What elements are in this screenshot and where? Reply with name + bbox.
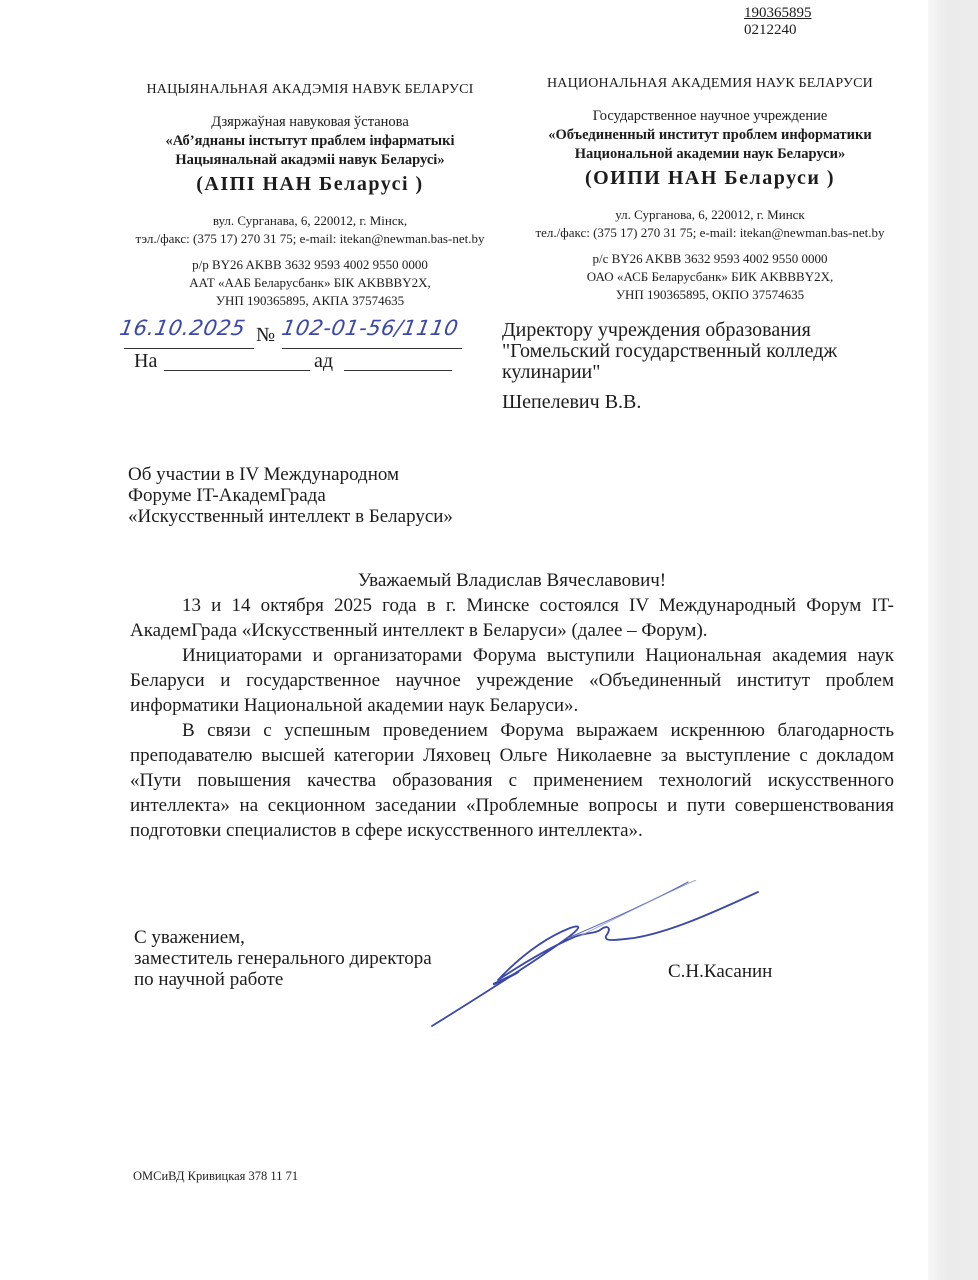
contacts-by: тэл./факс: (375 17) 270 31 75; e-mail: i… xyxy=(100,230,520,248)
addressee-line2: "Гомельский государственный колледж xyxy=(502,341,902,362)
unp-code: 190365895 xyxy=(744,5,812,22)
academy-name-ru: НАЦИОНАЛЬНАЯ АКАДЕМИЯ НАУК БЕЛАРУСИ xyxy=(500,74,920,93)
institution-abbr-by: (АІПІ НАН Беларусі ) xyxy=(100,172,520,196)
subject-line2: Форуме IT-АкадемГрада xyxy=(128,485,548,506)
letter-page: 190365895 0212240 НАЦЫЯНАЛЬНАЯ АКАДЭМІЯ … xyxy=(0,0,928,1280)
subject-line3: «Искусственный интеллект в Беларуси» xyxy=(128,506,548,527)
salutation: Уважаемый Владислав Вячеславович! xyxy=(130,568,894,593)
institution-type-by: Дзяржаўная навуковая ўстанова xyxy=(100,113,520,132)
date-underline xyxy=(124,348,254,349)
subject-line1: Об участии в IV Международном xyxy=(128,464,548,485)
signature-icon xyxy=(420,880,760,1040)
bank-account-ru: р/с BY26 AKBB 3632 9593 4002 9550 0000 xyxy=(500,250,920,268)
institution-name-ru-line2: Национальной академии наук Беларуси» xyxy=(500,145,920,164)
reply-to-label: На xyxy=(134,350,157,373)
subject-block: Об участии в IV Международном Форуме IT-… xyxy=(128,464,548,527)
body-paragraph: Инициаторами и организаторами Форума выс… xyxy=(130,643,894,718)
institution-name-ru-line1: «Объединенный институт проблем информати… xyxy=(500,126,920,145)
address-by: вул. Сурганава, 6, 220012, г. Мінск, xyxy=(100,212,520,230)
okpo-code: 0212240 xyxy=(744,22,812,39)
letterhead-russian: НАЦИОНАЛЬНАЯ АКАДЕМИЯ НАУК БЕЛАРУСИ Госу… xyxy=(500,74,920,304)
bank-ids-ru: УНП 190365895, ОКПО 37574635 xyxy=(500,286,920,304)
addressee-line3: кулинарии" xyxy=(502,362,902,383)
reply-from-underline xyxy=(344,370,452,371)
contacts-ru: тел./факс: (375 17) 270 31 75; e-mail: i… xyxy=(500,224,920,242)
letter-body: Уважаемый Владислав Вячеславович! 13 и 1… xyxy=(130,568,894,843)
address-ru: ул. Сурганова, 6, 220012, г. Минск xyxy=(500,206,920,224)
bank-name-ru: ОАО «АСБ Беларусбанк» БИК AKBBBY2X, xyxy=(500,268,920,286)
outgoing-number-handwritten: 102-01-56/1110 xyxy=(280,316,460,340)
institution-name-by-line1: «Аб’яднаны інстытут праблем інфарматыкі xyxy=(100,132,520,151)
bank-account-by: р/р BY26 AKBB 3632 9593 4002 9550 0000 xyxy=(100,256,520,274)
academy-name-by: НАЦЫЯНАЛЬНАЯ АКАДЭМІЯ НАВУК БЕЛАРУСІ xyxy=(100,80,520,99)
addressee-name: Шепелевич В.В. xyxy=(502,392,902,413)
signer-name: С.Н.Касанин xyxy=(668,961,772,983)
number-underline xyxy=(282,348,462,349)
letterhead-belarusian: НАЦЫЯНАЛЬНАЯ АКАДЭМІЯ НАВУК БЕЛАРУСІ Дзя… xyxy=(100,80,520,310)
addressee-block: Директору учреждения образования "Гомель… xyxy=(502,320,902,413)
scan-margin xyxy=(928,0,978,1280)
bank-ids-by: УНП 190365895, АКПА 37574635 xyxy=(100,292,520,310)
institution-type-ru: Государственное научное учреждение xyxy=(500,107,920,126)
executor-note: ОМСиВД Кривицкая 378 11 71 xyxy=(133,1169,298,1184)
institution-abbr-ru: (ОИПИ НАН Беларуси ) xyxy=(500,166,920,190)
addressee-line1: Директору учреждения образования xyxy=(502,320,902,341)
outgoing-registration: 16.10.2025 № 102-01-56/1110 На ад xyxy=(110,314,490,384)
number-sign: № xyxy=(256,324,275,347)
institution-name-by-line2: Нацыянальнай акадэміі навук Беларусі» xyxy=(100,151,520,170)
body-paragraph: В связи с успешным проведением Форума вы… xyxy=(130,718,894,843)
outgoing-date-handwritten: 16.10.2025 xyxy=(118,316,247,340)
reply-from-label: ад xyxy=(314,350,333,373)
body-paragraph: 13 и 14 октября 2025 года в г. Минске со… xyxy=(130,593,894,643)
bank-name-by: ААТ «ААБ Беларусбанк» БІК AKBBBY2X, xyxy=(100,274,520,292)
reply-to-underline xyxy=(164,370,310,371)
registration-codes: 190365895 0212240 xyxy=(744,5,812,39)
